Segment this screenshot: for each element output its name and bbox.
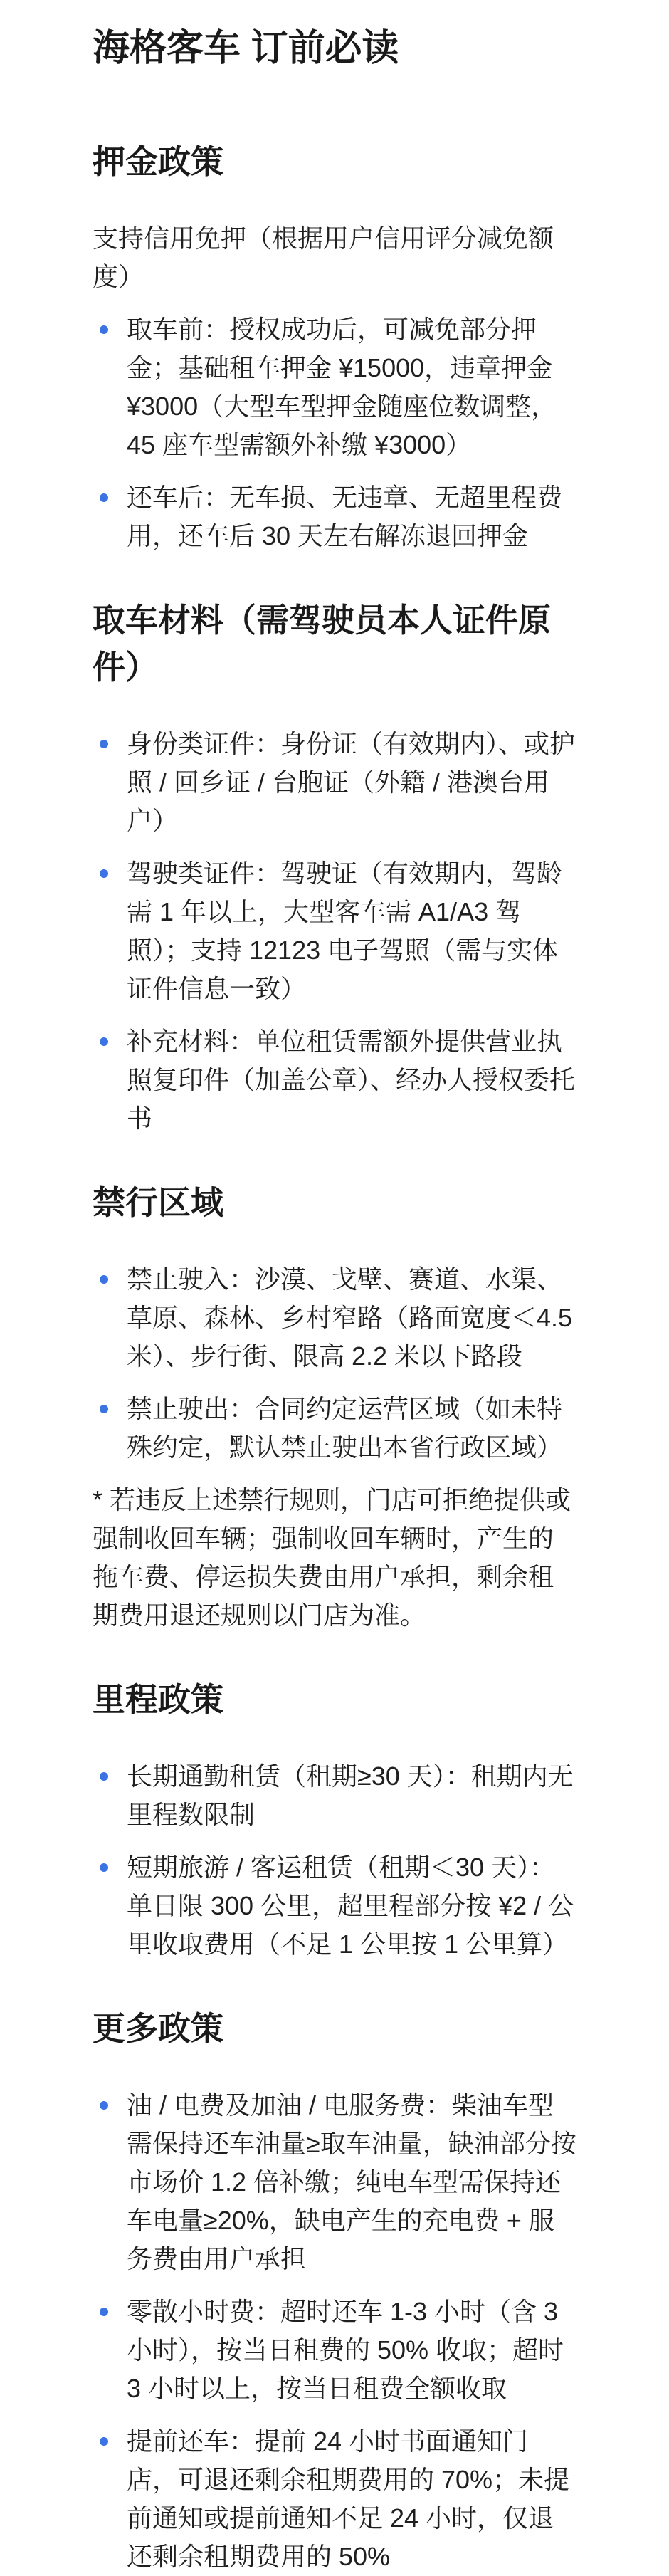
list-item: 油 / 电费及加油 / 电服务费：柴油车型需保持还车油量≥取车油量，缺油部分按市…: [93, 2086, 578, 2278]
list-item: 禁止驶入：沙漠、戈壁、赛道、水渠、草原、森林、乡村窄路（路面宽度＜4.5 米）、…: [93, 1260, 578, 1376]
more-policies-list: 油 / 电费及加油 / 电服务费：柴油车型需保持还车油量≥取车油量，缺油部分按市…: [93, 2086, 578, 2576]
bullet-point-icon: [100, 493, 108, 502]
policy-item-text: 短期旅游 / 客运租赁（租期＜30 天）：单日限 300 公里，超里程部分按 ¥…: [127, 1853, 574, 1959]
section-heading-deposit-policy: 押金政策: [93, 138, 578, 185]
policy-item-text: 身份类证件：身份证（有效期内）、或护照 / 回乡证 / 台胞证（外籍 / 港澳台…: [127, 729, 575, 835]
bullet-point-icon: [100, 1037, 108, 1046]
list-item: 长期通勤租赁（租期≥30 天）：租期内无里程数限制: [93, 1757, 578, 1834]
list-item: 身份类证件：身份证（有效期内）、或护照 / 回乡证 / 台胞证（外籍 / 港澳台…: [93, 725, 578, 840]
list-item: 短期旅游 / 客运租赁（租期＜30 天）：单日限 300 公里，超里程部分按 ¥…: [93, 1848, 578, 1964]
list-item: 零散小时费：超时还车 1-3 小时（含 3 小时），按当日租费的 50% 收取；…: [93, 2293, 578, 2408]
section-heading-pickup-materials: 取车材料（需驾驶员本人证件原件）: [93, 597, 578, 691]
bullet-point-icon: [100, 1863, 108, 1872]
list-item: 还车后：无车损、无违章、无超里程费用，还车后 30 天左右解冻退回押金: [93, 478, 578, 555]
policy-document: 海格客车 订前必读 押金政策 支持信用免押（根据用户信用评分减免额度） 取车前：…: [0, 0, 669, 2576]
bullet-point-icon: [100, 1275, 108, 1284]
policy-item-text: 长期通勤租赁（租期≥30 天）：租期内无里程数限制: [127, 1761, 574, 1829]
section-heading-mileage-policy: 里程政策: [93, 1676, 578, 1723]
bullet-point-icon: [100, 1772, 108, 1781]
list-item: 取车前：授权成功后，可减免部分押金；基础租车押金 ¥15000，违章押金 ¥30…: [93, 310, 578, 464]
policy-item-text: 提前还车：提前 24 小时书面通知门店，可退还剩余租期费用的 70%；未提前通知…: [127, 2426, 569, 2571]
policy-item-text: 驾驶类证件：驾驶证（有效期内，驾龄需 1 年以上，大型客车需 A1/A3 驾照）…: [127, 859, 562, 1003]
restricted-areas-note: * 若违反上述禁行规则，门店可拒绝提供或强制收回车辆；强制收回车辆时，产生的拖车…: [93, 1481, 578, 1635]
list-item: 禁止驶出：合同约定运营区域（如未特殊约定，默认禁止驶出本省行政区域）: [93, 1390, 578, 1467]
section-heading-more-policies: 更多政策: [93, 2005, 578, 2052]
policy-item-text: 补充材料：单位租赁需额外提供营业执照复印件（加盖公章）、经办人授权委托书: [127, 1027, 575, 1133]
bullet-point-icon: [100, 869, 108, 878]
restricted-areas-list: 禁止驶入：沙漠、戈壁、赛道、水渠、草原、森林、乡村窄路（路面宽度＜4.5 米）、…: [93, 1260, 578, 1467]
section-heading-restricted-areas: 禁行区域: [93, 1179, 578, 1226]
deposit-policy-list: 取车前：授权成功后，可减免部分押金；基础租车押金 ¥15000，违章押金 ¥30…: [93, 310, 578, 555]
bullet-point-icon: [100, 2101, 108, 2110]
policy-item-text: 取车前：授权成功后，可减免部分押金；基础租车押金 ¥15000，违章押金 ¥30…: [127, 315, 557, 459]
bullet-point-icon: [100, 2308, 108, 2316]
policy-item-text: 油 / 电费及加油 / 电服务费：柴油车型需保持还车油量≥取车油量，缺油部分按市…: [127, 2090, 576, 2273]
list-item: 提前还车：提前 24 小时书面通知门店，可退还剩余租期费用的 70%；未提前通知…: [93, 2422, 578, 2576]
bullet-point-icon: [100, 740, 108, 748]
deposit-policy-intro: 支持信用免押（根据用户信用评分减免额度）: [93, 219, 578, 296]
mileage-policy-list: 长期通勤租赁（租期≥30 天）：租期内无里程数限制 短期旅游 / 客运租赁（租期…: [93, 1757, 578, 1964]
policy-item-text: 禁止驶出：合同约定运营区域（如未特殊约定，默认禁止驶出本省行政区域）: [127, 1394, 562, 1462]
list-item: 补充材料：单位租赁需额外提供营业执照复印件（加盖公章）、经办人授权委托书: [93, 1022, 578, 1138]
policy-item-text: 零散小时费：超时还车 1-3 小时（含 3 小时），按当日租费的 50% 收取；…: [127, 2297, 564, 2403]
bullet-point-icon: [100, 325, 108, 334]
policy-item-text: 禁止驶入：沙漠、戈壁、赛道、水渠、草原、森林、乡村窄路（路面宽度＜4.5 米）、…: [127, 1265, 572, 1371]
list-item: 驾驶类证件：驾驶证（有效期内，驾龄需 1 年以上，大型客车需 A1/A3 驾照）…: [93, 854, 578, 1008]
page-title: 海格客车 订前必读: [93, 26, 578, 71]
bullet-point-icon: [100, 1405, 108, 1413]
policy-item-text: 还车后：无车损、无违章、无超里程费用，还车后 30 天左右解冻退回押金: [127, 483, 562, 550]
pickup-materials-list: 身份类证件：身份证（有效期内）、或护照 / 回乡证 / 台胞证（外籍 / 港澳台…: [93, 725, 578, 1138]
bullet-point-icon: [100, 2437, 108, 2446]
